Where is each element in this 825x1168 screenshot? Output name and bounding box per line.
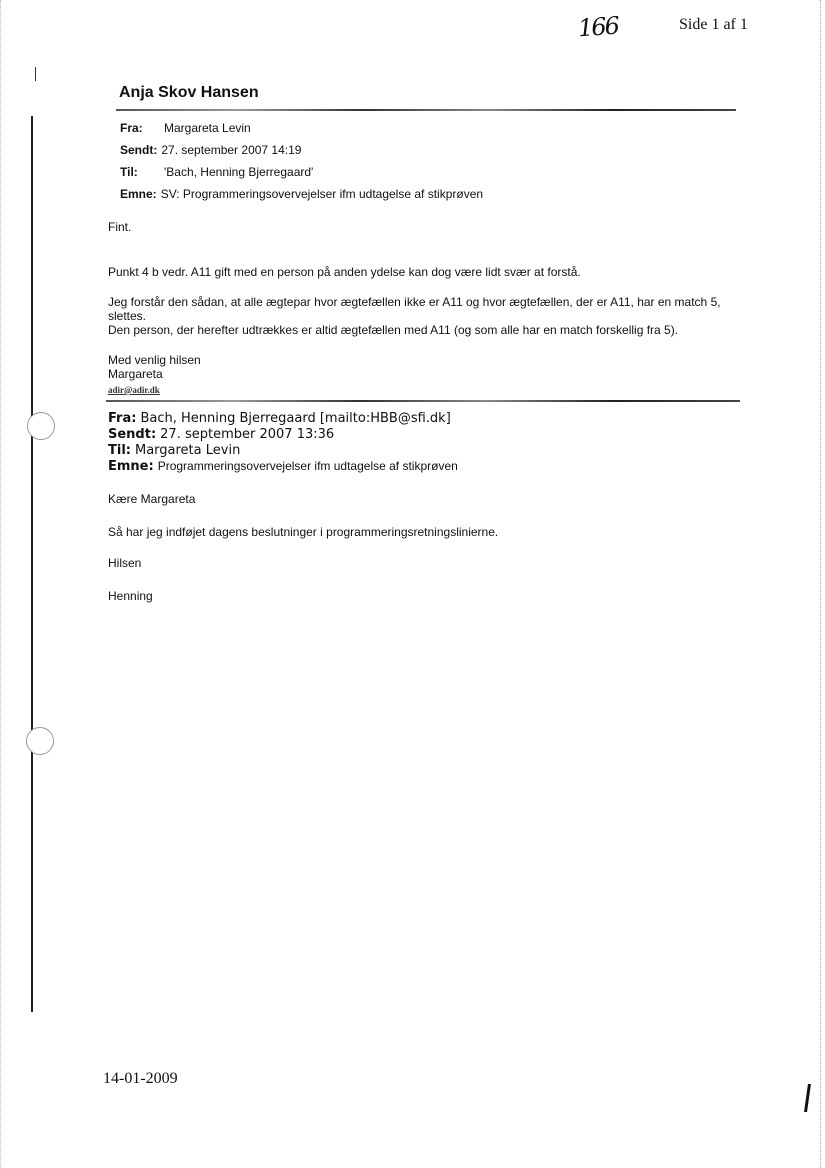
original-subject-row: Emne:Programmeringsovervejelser ifm udta… (108, 459, 458, 474)
from-value: Bach, Henning Bjerregaard [mailto:HBB@sf… (140, 411, 450, 426)
scan-mark (804, 1084, 811, 1112)
subject-value: Programmeringsovervejelser ifm udtagelse… (158, 459, 458, 473)
reply-subject-row: Emne:SV: Programmeringsovervejelser ifm … (120, 186, 483, 202)
sent-value: 27. september 2007 14:19 (161, 143, 301, 157)
from-value: Margareta Levin (164, 121, 251, 135)
reply-sent-row: Sendt:27. september 2007 14:19 (120, 142, 301, 158)
punch-hole-icon (26, 727, 54, 755)
subject-value: SV: Programmeringsovervejelser ifm udtag… (161, 187, 483, 201)
page-indicator: Side 1 af 1 (679, 16, 748, 34)
scan-edge-left (0, 0, 2, 1168)
original-closing: Hilsen (108, 556, 141, 570)
punch-hole-icon (27, 412, 55, 440)
reply-body-line: Den person, der herefter udtrækkes er al… (108, 323, 678, 337)
sent-label: Sendt: (120, 142, 157, 158)
reply-signature: Margareta (108, 367, 163, 381)
to-label: Til: (108, 443, 131, 458)
print-date: 14-01-2009 (103, 1070, 178, 1088)
subject-label: Emne: (120, 186, 157, 202)
to-value: Margareta Levin (135, 443, 240, 458)
original-greeting: Kære Margareta (108, 492, 195, 506)
original-from-row: Fra:Bach, Henning Bjerregaard [mailto:HB… (108, 411, 451, 426)
sent-label: Sendt: (108, 427, 156, 442)
binder-mark (35, 67, 36, 81)
subject-label: Emne: (108, 459, 154, 474)
scan-edge-right (820, 0, 822, 1168)
reply-to-row: Til:'Bach, Henning Bjerregaard' (120, 164, 313, 180)
quoted-message-divider (106, 400, 740, 402)
from-label: Fra: (120, 120, 164, 136)
original-sent-row: Sendt:27. september 2007 13:36 (108, 427, 334, 442)
original-message: Så har jeg indføjet dagens beslutninger … (108, 525, 498, 539)
reply-body-line: Punkt 4 b vedr. A11 gift med en person p… (108, 265, 581, 279)
reply-email-link[interactable]: adir@adir.dk (108, 383, 160, 397)
handwritten-page-number: 166 (577, 12, 619, 43)
from-label: Fra: (108, 411, 136, 426)
original-signature: Henning (108, 589, 153, 603)
reply-body-line: Fint. (108, 220, 131, 234)
mailbox-owner-title: Anja Skov Hansen (119, 84, 259, 102)
to-value: 'Bach, Henning Bjerregaard' (164, 165, 313, 179)
to-label: Til: (120, 164, 164, 180)
reply-body-line: Jeg forstår den sådan, at alle ægtepar h… (108, 295, 738, 323)
title-divider (116, 109, 736, 111)
sent-value: 27. september 2007 13:36 (160, 427, 334, 442)
binder-line (31, 116, 33, 1012)
original-to-row: Til:Margareta Levin (108, 443, 240, 458)
reply-from-row: Fra:Margareta Levin (120, 120, 251, 136)
reply-closing: Med venlig hilsen (108, 353, 201, 367)
